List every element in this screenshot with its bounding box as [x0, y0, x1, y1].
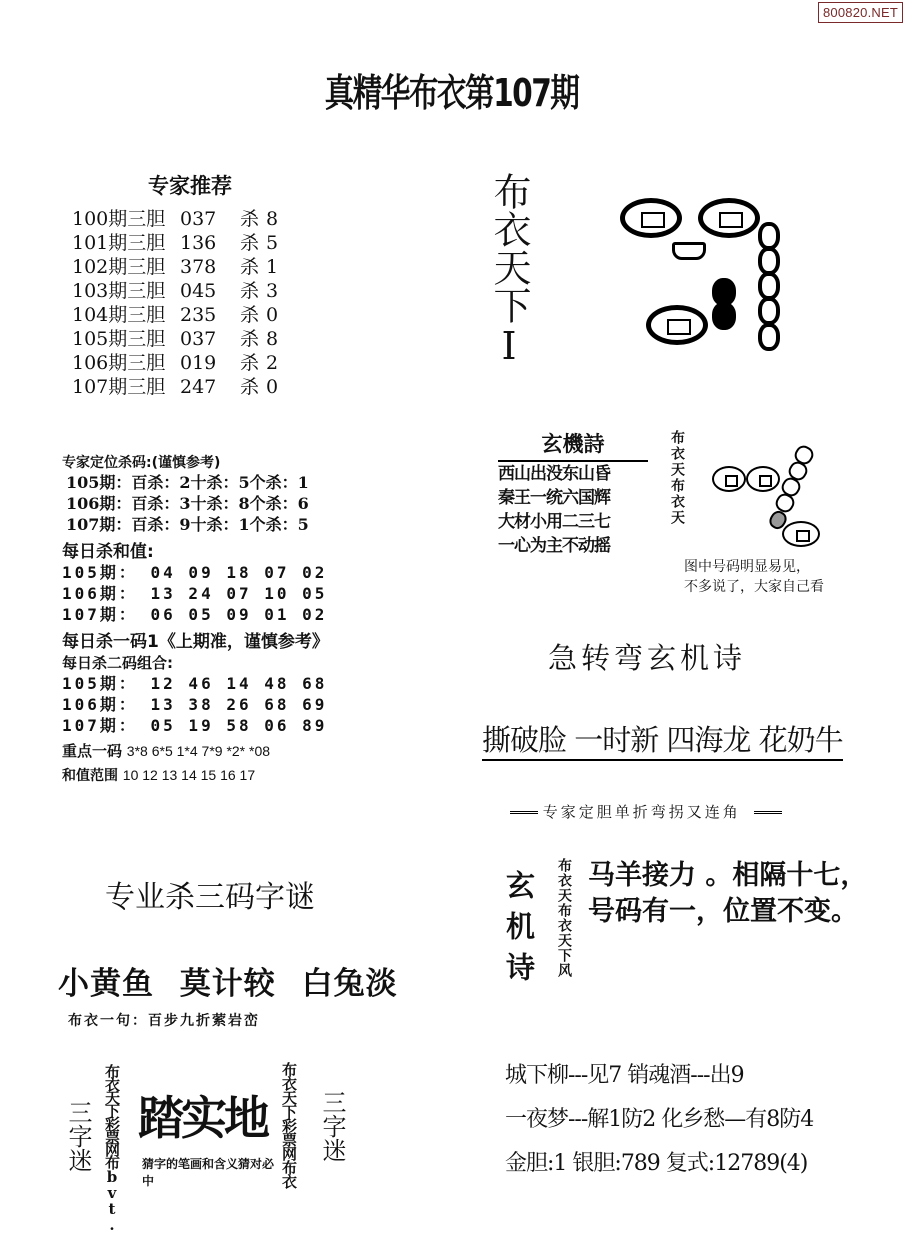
recommend-row: 104期三胆235杀0	[72, 303, 278, 327]
kill-value: 8	[266, 207, 278, 231]
kill-label: 杀	[240, 351, 266, 375]
daily-sum-kill-row: 107期： 06 05 09 01 02	[62, 604, 362, 625]
image-caption-1: 图中号码明显易见，	[684, 556, 810, 576]
recommend-row: 100期三胆037杀8	[72, 207, 278, 231]
recommend-row: 102期三胆378杀1	[72, 255, 278, 279]
turn-poem-heading: 急转弯玄机诗	[548, 636, 746, 677]
daily-sum-kill-heading: 每日杀和值:	[62, 537, 362, 562]
coin-puzzle-image-2	[700, 436, 850, 546]
ingot-icon	[672, 242, 706, 260]
vertical-buyi-text: 布衣天布衣天下风	[555, 858, 573, 978]
period: 107期三胆	[72, 375, 180, 399]
coin-icon	[746, 466, 780, 492]
daily-two-kill-row: 107期： 05 19 58 06 89	[62, 715, 362, 736]
poem-line: 大材小用二三七	[498, 510, 648, 534]
period: 105期三胆	[72, 327, 180, 351]
answers-block: 城下柳---见7 销魂酒---出9 一夜梦---解1防2 化乡愁—有8防4 金胆…	[505, 1054, 813, 1186]
answer-line: 金胆:1 银胆:789 复式:12789(4)	[505, 1142, 813, 1186]
bead-icon	[758, 247, 780, 275]
buyi-tianxia-vertical: 布衣天下Ⅰ	[488, 172, 530, 368]
period: 103期三胆	[72, 279, 180, 303]
kill-label: 杀	[240, 231, 266, 255]
position-kill-row: 107期：百杀：9十杀：1个杀：5	[62, 514, 362, 535]
period: 106期三胆	[72, 351, 180, 375]
key-code-value: 3*8 6*5 1*4 7*9 *2* *08	[127, 743, 270, 759]
nums: 247	[180, 375, 240, 399]
coin-puzzle-image-1	[610, 190, 800, 360]
kill-label: 杀	[240, 303, 266, 327]
period: 101期三胆	[72, 231, 180, 255]
period: 100期三胆	[72, 207, 180, 231]
coin-icon	[646, 305, 708, 345]
kill-value: 1	[266, 255, 278, 279]
kill-label: 杀	[240, 327, 266, 351]
recommend-row: 105期三胆037杀8	[72, 327, 278, 351]
answer-line: 城下柳---见7 销魂酒---出9	[505, 1054, 813, 1098]
kill-value: 0	[266, 375, 278, 399]
daily-two-kill-row: 105期： 12 46 14 48 68	[62, 673, 362, 694]
sum-range-value: 10 12 13 14 15 16 17	[123, 767, 255, 783]
riddle-word: 小黄鱼	[58, 966, 154, 1002]
period: 102期三胆	[72, 255, 180, 279]
kill-value: 3	[266, 279, 278, 303]
key-code-label: 重点一码	[62, 742, 122, 760]
nums: 235	[180, 303, 240, 327]
coin-icon	[698, 198, 760, 238]
nums: 037	[180, 327, 240, 351]
daily-one-kill: 每日杀一码1《上期准，谨慎参考》	[62, 627, 362, 652]
page-title: 真精华布衣第107期	[99, 62, 803, 117]
bead-icon	[758, 323, 780, 351]
divider-right	[754, 811, 782, 814]
turn-poem-subheading: 专家定胆单折弯拐又连角	[510, 801, 782, 822]
riddle-big-word: 踏实地	[138, 1082, 267, 1148]
nums: 019	[180, 351, 240, 375]
recommend-row: 106期三胆019杀2	[72, 351, 278, 375]
xuanji-shi-line: 马羊接力 。相隔十七，	[588, 858, 867, 894]
period: 104期三胆	[72, 303, 180, 327]
position-kill-row: 106期：百杀：3十杀：8个杀：6	[62, 493, 362, 514]
turn-poem-line: 撕破脸 一时新 四海龙 花奶牛	[482, 718, 843, 761]
daily-sum-kill-row: 106期： 13 24 07 10 05	[62, 583, 362, 604]
sum-range-label: 和值范围	[62, 768, 118, 784]
riddle-word: 白兔淡	[302, 966, 398, 1002]
bead-icon	[758, 297, 780, 325]
bead-icon	[758, 272, 780, 300]
kill-value: 5	[266, 231, 278, 255]
sum-range-row: 和值范围 10 12 13 14 15 16 17	[62, 765, 362, 785]
answer-line: 一夜梦---解1防2 化乡愁—有8防4	[505, 1098, 813, 1142]
buyi-one-line: 布衣一句：百步九折萦岩峦	[68, 1010, 260, 1030]
recommend-row: 107期三胆247杀0	[72, 375, 278, 399]
daily-sum-kill-row: 105期： 04 09 18 07 02	[62, 562, 362, 583]
recommend-row: 103期三胆045杀3	[72, 279, 278, 303]
image-caption-2: 不多说了，大家自己看	[684, 576, 824, 596]
poem-line: 一心为主不动摇	[498, 534, 648, 558]
kill-label: 杀	[240, 255, 266, 279]
daily-two-kill-row: 106期： 13 38 26 68 69	[62, 694, 362, 715]
key-code-row: 重点一码 3*8 6*5 1*4 7*9 *2* *08	[62, 740, 362, 761]
kill-label: 杀	[240, 207, 266, 231]
site-watermark: 800820.NET	[818, 2, 903, 23]
kill-stats-block: 专家定位杀码:(谨慎参考) 105期：百杀：2十杀：5个杀：1 106期：百杀：…	[62, 452, 362, 785]
riddle-word: 莫计较	[180, 966, 276, 1002]
vertical-site-text-right: 布衣天下彩票网布衣	[280, 1062, 298, 1188]
riddle-section-heading: 专业杀三码字谜	[0, 872, 420, 916]
riddle-words: 小黄鱼 莫计较 白兔淡	[58, 958, 412, 1003]
nums: 037	[180, 207, 240, 231]
xuanji-shi-line: 号码有一，位置不变。	[588, 894, 867, 930]
position-kill-heading: 专家定位杀码:(谨慎参考)	[62, 452, 362, 472]
expert-recommend-list: 100期三胆037杀8 101期三胆136杀5 102期三胆378杀1 103期…	[72, 207, 278, 399]
kill-label: 杀	[240, 279, 266, 303]
expert-recommend-heading: 专家推荐	[148, 170, 232, 200]
recommend-row: 101期三胆136杀5	[72, 231, 278, 255]
kill-value: 0	[266, 303, 278, 327]
vertical-site-text-left: 布衣天下彩票网布bvt.	[103, 1064, 121, 1232]
daily-two-kill-heading: 每日杀二码组合:	[62, 652, 362, 673]
xuanji-poem-box: 玄機詩 西山出没东山昏 秦王一统六国辉 大材小用二三七 一心为主不动摇	[498, 428, 648, 558]
poem-line: 秦王一统六国辉	[498, 486, 648, 510]
bead-icon	[758, 222, 780, 250]
subheading-text: 专家定胆单折弯拐又连角	[543, 803, 741, 821]
poem-line: 西山出没东山昏	[498, 462, 648, 486]
coin-icon	[782, 521, 820, 547]
nums: 136	[180, 231, 240, 255]
xuanji-shi-text: 马羊接力 。相隔十七， 号码有一，位置不变。	[588, 858, 867, 930]
kill-label: 杀	[240, 375, 266, 399]
coin-icon	[620, 198, 682, 238]
filled-bead-icon	[712, 302, 736, 330]
xuanji-poem-title: 玄機詩	[498, 428, 648, 462]
xuanji-shi-label: 玄机诗	[503, 870, 535, 993]
vertical-buyi-text: 布衣天布衣天	[668, 430, 686, 526]
nums: 045	[180, 279, 240, 303]
kill-value: 8	[266, 327, 278, 351]
riddle-hint: 猜字的笔画和含义猜对必中	[142, 1156, 282, 1190]
three-char-riddle-label-left: 三字迷	[64, 1100, 92, 1172]
kill-value: 2	[266, 351, 278, 375]
nums: 378	[180, 255, 240, 279]
coin-icon	[712, 466, 746, 492]
divider-left	[510, 811, 538, 814]
position-kill-row: 105期：百杀：2十杀：5个杀：1	[62, 472, 362, 493]
three-char-riddle-label-right: 三字迷	[318, 1090, 346, 1162]
